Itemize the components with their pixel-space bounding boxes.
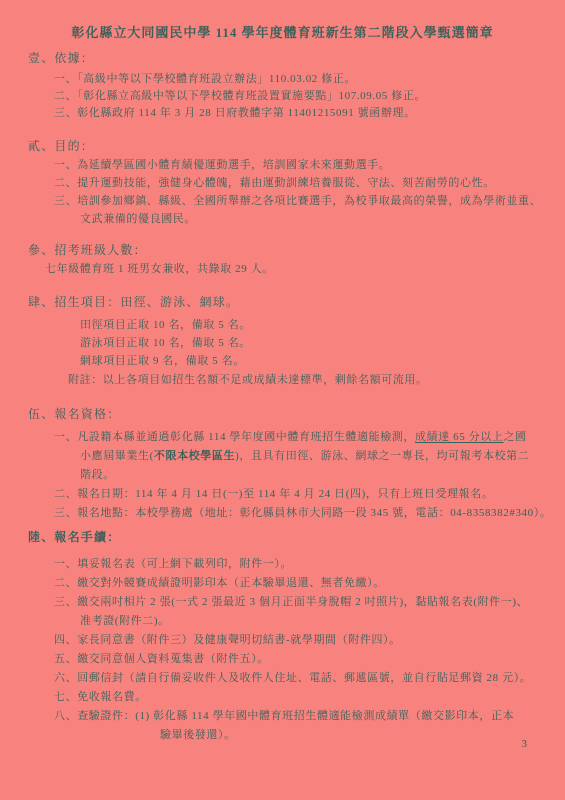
section-6-item: 八、查驗證件：(1) 彰化縣 114 學年國中體育班招生體適能檢測成績單（繳交影… <box>54 707 565 726</box>
eligibility-text: 小應屆畢業生( <box>80 450 154 462</box>
section-1-item: 三、彰化縣政府 114 年 3 月 28 日府教體字第 11401215091 … <box>54 105 565 122</box>
score-requirement-underlined: 成績達 65 分以上 <box>415 431 504 443</box>
section-3-body: 七年級體育班 1 班男女兼收，共錄取 29 人。 <box>45 261 565 278</box>
section-4-item: 網球項目正取 9 名，備取 5 名。 <box>80 352 565 370</box>
page-number: 3 <box>522 738 528 750</box>
section-3-heading: 參、招考班級人數： <box>28 242 565 259</box>
section-6-item-continuation: 准考證(附件二)。 <box>80 612 565 631</box>
section-6-item-8-continuation: 驗畢後發還）。 <box>160 726 565 745</box>
section-6-item: 五、繳交同意個人資料蒐集書（附件五）。 <box>54 650 565 669</box>
eligibility-text: 之國 <box>504 431 527 443</box>
section-4-note: 附註：以上各項目如招生名額不足或成績未達標準，剩餘名額可流用。 <box>68 372 565 389</box>
section-2-item: 一、為延續學區國小體育績優運動選手，培訓國家未來運動選手。 <box>54 156 565 174</box>
section-6-item: 七、免收報名費。 <box>54 688 565 707</box>
section-1-item: 二、「彰化縣立高級中等以下學校體育班設置實施要點」107.09.05 修正。 <box>54 88 565 105</box>
section-2-item-continuation: 文武兼備的優良國民。 <box>80 210 565 228</box>
document-page: 彰化縣立大同國民中學 114 學年度體育班新生第二階段入學甄選簡章 壹、依據： … <box>0 0 565 800</box>
section-5-item-1-line-1: 一、凡設籍本縣並通過彰化縣 114 學年度國中體育班招生體適能檢測，成績達 65… <box>54 428 565 447</box>
section-1-item: 一、「高級中等以下學校體育班設立辦法」110.03.02 修正。 <box>54 71 565 88</box>
section-4-item: 游泳項目正取 10 名，備取 5 名。 <box>80 334 565 352</box>
section-5-item: 二、報名日期：114 年 4 月 14 日(一)至 114 年 4 月 24 日… <box>54 485 565 504</box>
section-1-heading: 壹、依據： <box>28 50 565 67</box>
section-6-item: 三、繳交兩吋相片 2 張(一式 2 張最近 3 個月正面半身脫帽 2 吋照片)，… <box>54 593 565 612</box>
page-title: 彰化縣立大同國民中學 114 學年度體育班新生第二階段入學甄選簡章 <box>0 24 565 42</box>
section-5-item: 三、報名地點：本校學務處（地址：彰化縣員林市大同路一段 345 號，電話：04-… <box>54 504 565 523</box>
eligibility-text: 一、凡設籍本縣並通過彰化縣 114 學年度國中體育班招生體適能檢測， <box>54 431 415 443</box>
section-5-heading: 伍、報名資格： <box>28 406 565 423</box>
section-6-item: 一、填妥報名表（可上網下載列印，附件一）。 <box>54 555 565 574</box>
section-6-heading: 陸、報名手續： <box>28 529 565 546</box>
eligibility-text: )，且具有田徑、游泳、網球之一專長，均可報考本校第二 <box>235 450 529 462</box>
section-6-item: 四、家長同意書（附件三）及健康聲明切結書-就學期間（附件四）。 <box>54 631 565 650</box>
section-4-heading: 肆、招生項目：田徑、游泳、網球。 <box>28 294 565 311</box>
section-6-item: 二、繳交對外競賽成績證明影印本（正本驗畢退還、無者免繳）。 <box>54 574 565 593</box>
section-2-heading: 貳、目的： <box>28 138 565 155</box>
section-6-item: 六、回郵信封（請自行備妥收件人及收件人住址、電話、郵遞區號，並自行貼足郵資 28… <box>54 669 565 688</box>
section-5-item-1-line-3: 階段。 <box>80 466 565 485</box>
section-2-item: 三、培訓參加鄉鎮、縣級、全國所舉辦之各項比賽選手，為校爭取最高的榮譽，成為學術並… <box>54 192 565 210</box>
section-2-item: 二、提升運動技能，強健身心體魄，藉由運動訓練培養服從、守法、刻苦耐勞的心性。 <box>54 174 565 192</box>
no-district-limit-bold: 不限本校學區生 <box>154 450 235 462</box>
section-5-item-1-line-2: 小應屆畢業生(不限本校學區生)，且具有田徑、游泳、網球之一專長，均可報考本校第二 <box>80 447 565 466</box>
section-4-item: 田徑項目正取 10 名，備取 5 名。 <box>80 316 565 334</box>
